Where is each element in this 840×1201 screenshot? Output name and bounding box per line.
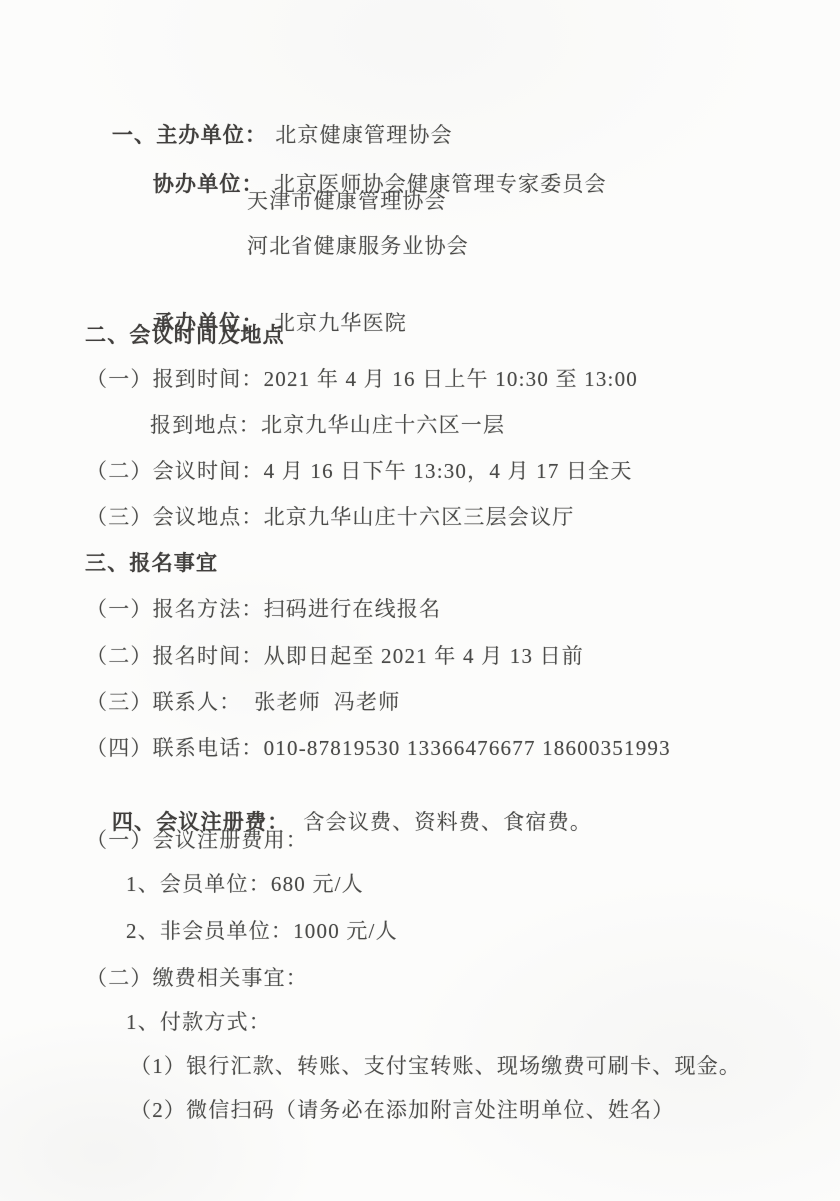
undertaker-value: 北京九华医院 <box>274 311 407 335</box>
co-organizer-value-3: 河北省健康服务业协会 <box>247 232 469 260</box>
co-organizer-value-2: 天津市健康管理协会 <box>247 187 447 215</box>
section-3-heading: 三、报名事宜 <box>85 549 218 577</box>
checkin-time-line: （一）报到时间：2021 年 4 月 16 日上午 10:30 至 13:00 <box>86 365 638 393</box>
payment-subheading-line: （二）缴费相关事宜： <box>86 964 308 992</box>
nonmember-fee-line: 2、非会员单位：1000 元/人 <box>126 917 398 945</box>
contacts-line: （三）联系人： 张老师 冯老师 <box>86 688 400 716</box>
registration-method-line: （一）报名方法：扫码进行在线报名 <box>86 595 441 623</box>
payment-option-1-line: （1）银行汇款、转账、支付宝转账、现场缴费可刷卡、现金。 <box>130 1052 741 1080</box>
member-fee-line: 1、会员单位：680 元/人 <box>126 870 364 898</box>
document-page: 一、主办单位：北京健康管理协会 协办单位：北京医师协会健康管理专家委员会 天津市… <box>0 0 840 1201</box>
phone-line: （四）联系电话：010-87819530 13366476677 1860035… <box>86 734 671 762</box>
fee-subheading-line: （一）会议注册费用： <box>86 826 308 854</box>
meeting-time-line: （二）会议时间：4 月 16 日下午 13:30，4 月 17 日全天 <box>86 457 633 485</box>
section-2-heading: 二、会议时间及地点 <box>85 321 285 349</box>
section-4-heading-value: 含会议费、资料费、食宿费。 <box>303 810 592 834</box>
meeting-location-line: （三）会议地点：北京九华山庄十六区三层会议厅 <box>86 503 574 531</box>
checkin-location-line: 报到地点：北京九华山庄十六区一层 <box>150 411 505 439</box>
registration-time-line: （二）报名时间：从即日起至 2021 年 4 月 13 日前 <box>86 642 584 670</box>
payment-method-line: 1、付款方式： <box>126 1008 271 1036</box>
payment-option-2-line: （2）微信扫码（请务必在添加附言处注明单位、姓名） <box>130 1096 675 1124</box>
